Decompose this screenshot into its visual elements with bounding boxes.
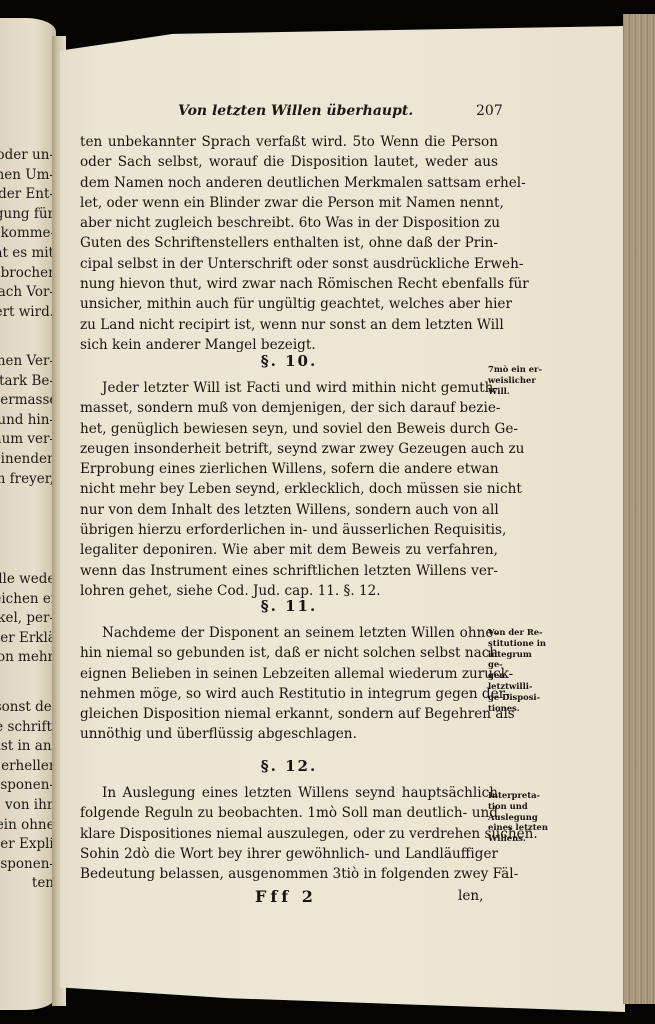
text-line: Jeder letzter Will ist Facti und wird mi… [80,378,498,398]
text-line: oder Ent- [0,185,54,205]
text-line: gen letztwilli- [488,670,548,692]
text-line: heinenden [0,450,54,470]
text-line: Auslegung [488,812,548,823]
text-line: Guten des Schriftenstellers enthalten is… [80,233,498,253]
margin-note-10: 7mò ein er-weislicherWill. [488,364,548,396]
text-line: nen Um- [0,166,54,186]
text-line: onst in an- [0,737,54,757]
left-page-fragment-3: Bille wederZeichen er-nkel, per-cher Erk… [0,570,54,668]
text-line: dert wird. [0,303,54,323]
text-line: Sohin 2dò die Wort bey ihrer gewöhnlich-… [80,844,498,864]
text-line: Bille weder [0,570,54,590]
section-11-text: Nachdeme der Disponent an seinem letzten… [80,623,498,745]
section-12-text: In Auslegung eines letzten Willens seynd… [80,783,498,884]
text-line: zeugen insonderheit betrift, seynd zwar … [80,439,498,459]
page-edges [623,14,655,1004]
text-line: Disponen- [0,855,54,875]
left-page-fragment-4: r sonst dessie schrift-onst in an-m erhe… [0,698,54,894]
text-line: r sonst des [0,698,54,718]
text-line: Nein ohne [0,816,54,836]
catchword: len, [458,888,483,904]
left-page-fragment-1: oder un-nen Um-oder Ent-igung fürgekomme… [0,146,54,322]
text-line: do von ihme [0,796,54,816]
text-line: het, genüglich bewiesen seyn, und soviel… [80,419,498,439]
text-line: gebrochen [0,264,54,284]
text-line: legaliter deponiren. Wie aber mit dem Be… [80,540,498,560]
text-line: igung für [0,205,54,225]
text-line: Erprobung eines zierlichen Willens, sofe… [80,459,498,479]
text-line: - und hin- [0,411,54,431]
page-number: 207 [476,103,503,119]
text-line: wenn das Instrument eines schriftlichen … [80,561,498,581]
section-heading-10: §. 10. [80,352,498,370]
text-line: nicht mehr bey Leben seynd, erklecklich,… [80,479,498,499]
text-line: ein freyer, [0,470,54,490]
text-line: eignen Belieben in seinen Lebzeiten alle… [80,664,498,684]
section-10-text: Jeder letzter Will ist Facti und wird mi… [80,378,498,601]
signature-mark: Fff 2 [255,887,317,906]
text-line: Nachdeme der Disponent an seinem letzten… [80,623,498,643]
text-line: tion mehr [0,648,54,668]
text-line: zu Land nicht recipirt ist, wenn nur son… [80,315,498,335]
text-line: Disponen- [0,776,54,796]
text-line: 7mò ein er- [488,364,548,375]
left-page: oder un-nen Um-oder Ent-igung fürgekomme… [0,18,56,1010]
text-line: unsicher, mithin auch für ungültig geach… [80,294,498,314]
text-line: m erheller. [0,757,54,777]
intro-paragraph: ten unbekannter Sprach verfaßt wird. 5to… [80,132,498,355]
section-heading-12: §. 12. [80,757,498,775]
text-line: ge Disposi- [488,692,548,703]
text-line: integrum ge- [488,649,548,671]
text-line: nur von dem Inhalt des letzten Willens, … [80,500,498,520]
text-line: cipal selbst in der Unterschrift oder so… [80,254,498,274]
text-line: unnöthig und überflüssig abgeschlagen. [80,724,498,744]
text-line: dem Namen noch anderen deutlichen Merkma… [80,173,498,193]
text-line: gekomme- [0,224,54,244]
text-line: let, oder wenn ein Blinder zwar die Pers… [80,193,498,213]
text-line: eines letzten [488,822,548,833]
text-line: tion und [488,801,548,812]
text-line: at es mit [0,244,54,264]
text-line: gleichen Disposition niemal erkannt, son… [80,704,498,724]
margin-note-12: Interpreta-tion undAuslegungeines letzte… [488,790,548,844]
text-line: Willens. [488,833,548,844]
section-heading-11: §. 11. [80,597,498,615]
text-line: Interpreta- [488,790,548,801]
text-line: ten [0,874,54,894]
text-line: stitutione in [488,638,548,649]
text-line: nung hievon thut, wird zwar nach Römisch… [80,274,498,294]
text-line: übrigen hierzu erforderlichen in- und äu… [80,520,498,540]
text-line: folgende Reguln zu beobachten. 1mò Soll … [80,803,498,823]
text-line: weislicher [488,375,548,386]
text-line: oder Sach selbst, worauf die Disposition… [80,152,498,172]
text-line: sie schrift- [0,718,54,738]
text-line: Will. [488,386,548,397]
text-line: Bedeutung belassen, ausgenommen 3tiò in … [80,864,498,884]
text-line: men Ver- [0,352,54,372]
left-page-fragment-2: men Ver-stark Be-chermassen- und hin-thu… [0,352,54,489]
text-line: masset, sondern muß von demjenigen, der … [80,398,498,418]
text-line: tiones. [488,703,548,714]
text-line: In Auslegung eines letzten Willens seynd… [80,783,498,803]
text-line: aber nicht zugleich beschreibt. 6to Was … [80,213,498,233]
text-line: Zeichen er- [0,590,54,610]
text-line: Von der Re- [488,627,548,638]
margin-note-11: Von der Re-stitutione inintegrum ge-gen … [488,627,548,713]
text-line: nkel, per- [0,609,54,629]
text-line: hin niemal so gebunden ist, daß er nicht… [80,643,498,663]
text-line: thum ver- [0,430,54,450]
text-line: chermassen [0,391,54,411]
text-line: nach Vor- [0,283,54,303]
text-line: nehmen möge, so wird auch Restitutio in … [80,684,498,704]
text-line: ten unbekannter Sprach verfaßt wird. 5to… [80,132,498,152]
text-line: stark Be- [0,372,54,392]
text-line: oder un- [0,146,54,166]
text-line: klare Dispositiones niemal auszulegen, o… [80,824,498,844]
running-title: Von letzten Willen überhaupt. [178,103,413,119]
text-line: cher Erklä- [0,629,54,649]
text-line: cher Expli- [0,835,54,855]
